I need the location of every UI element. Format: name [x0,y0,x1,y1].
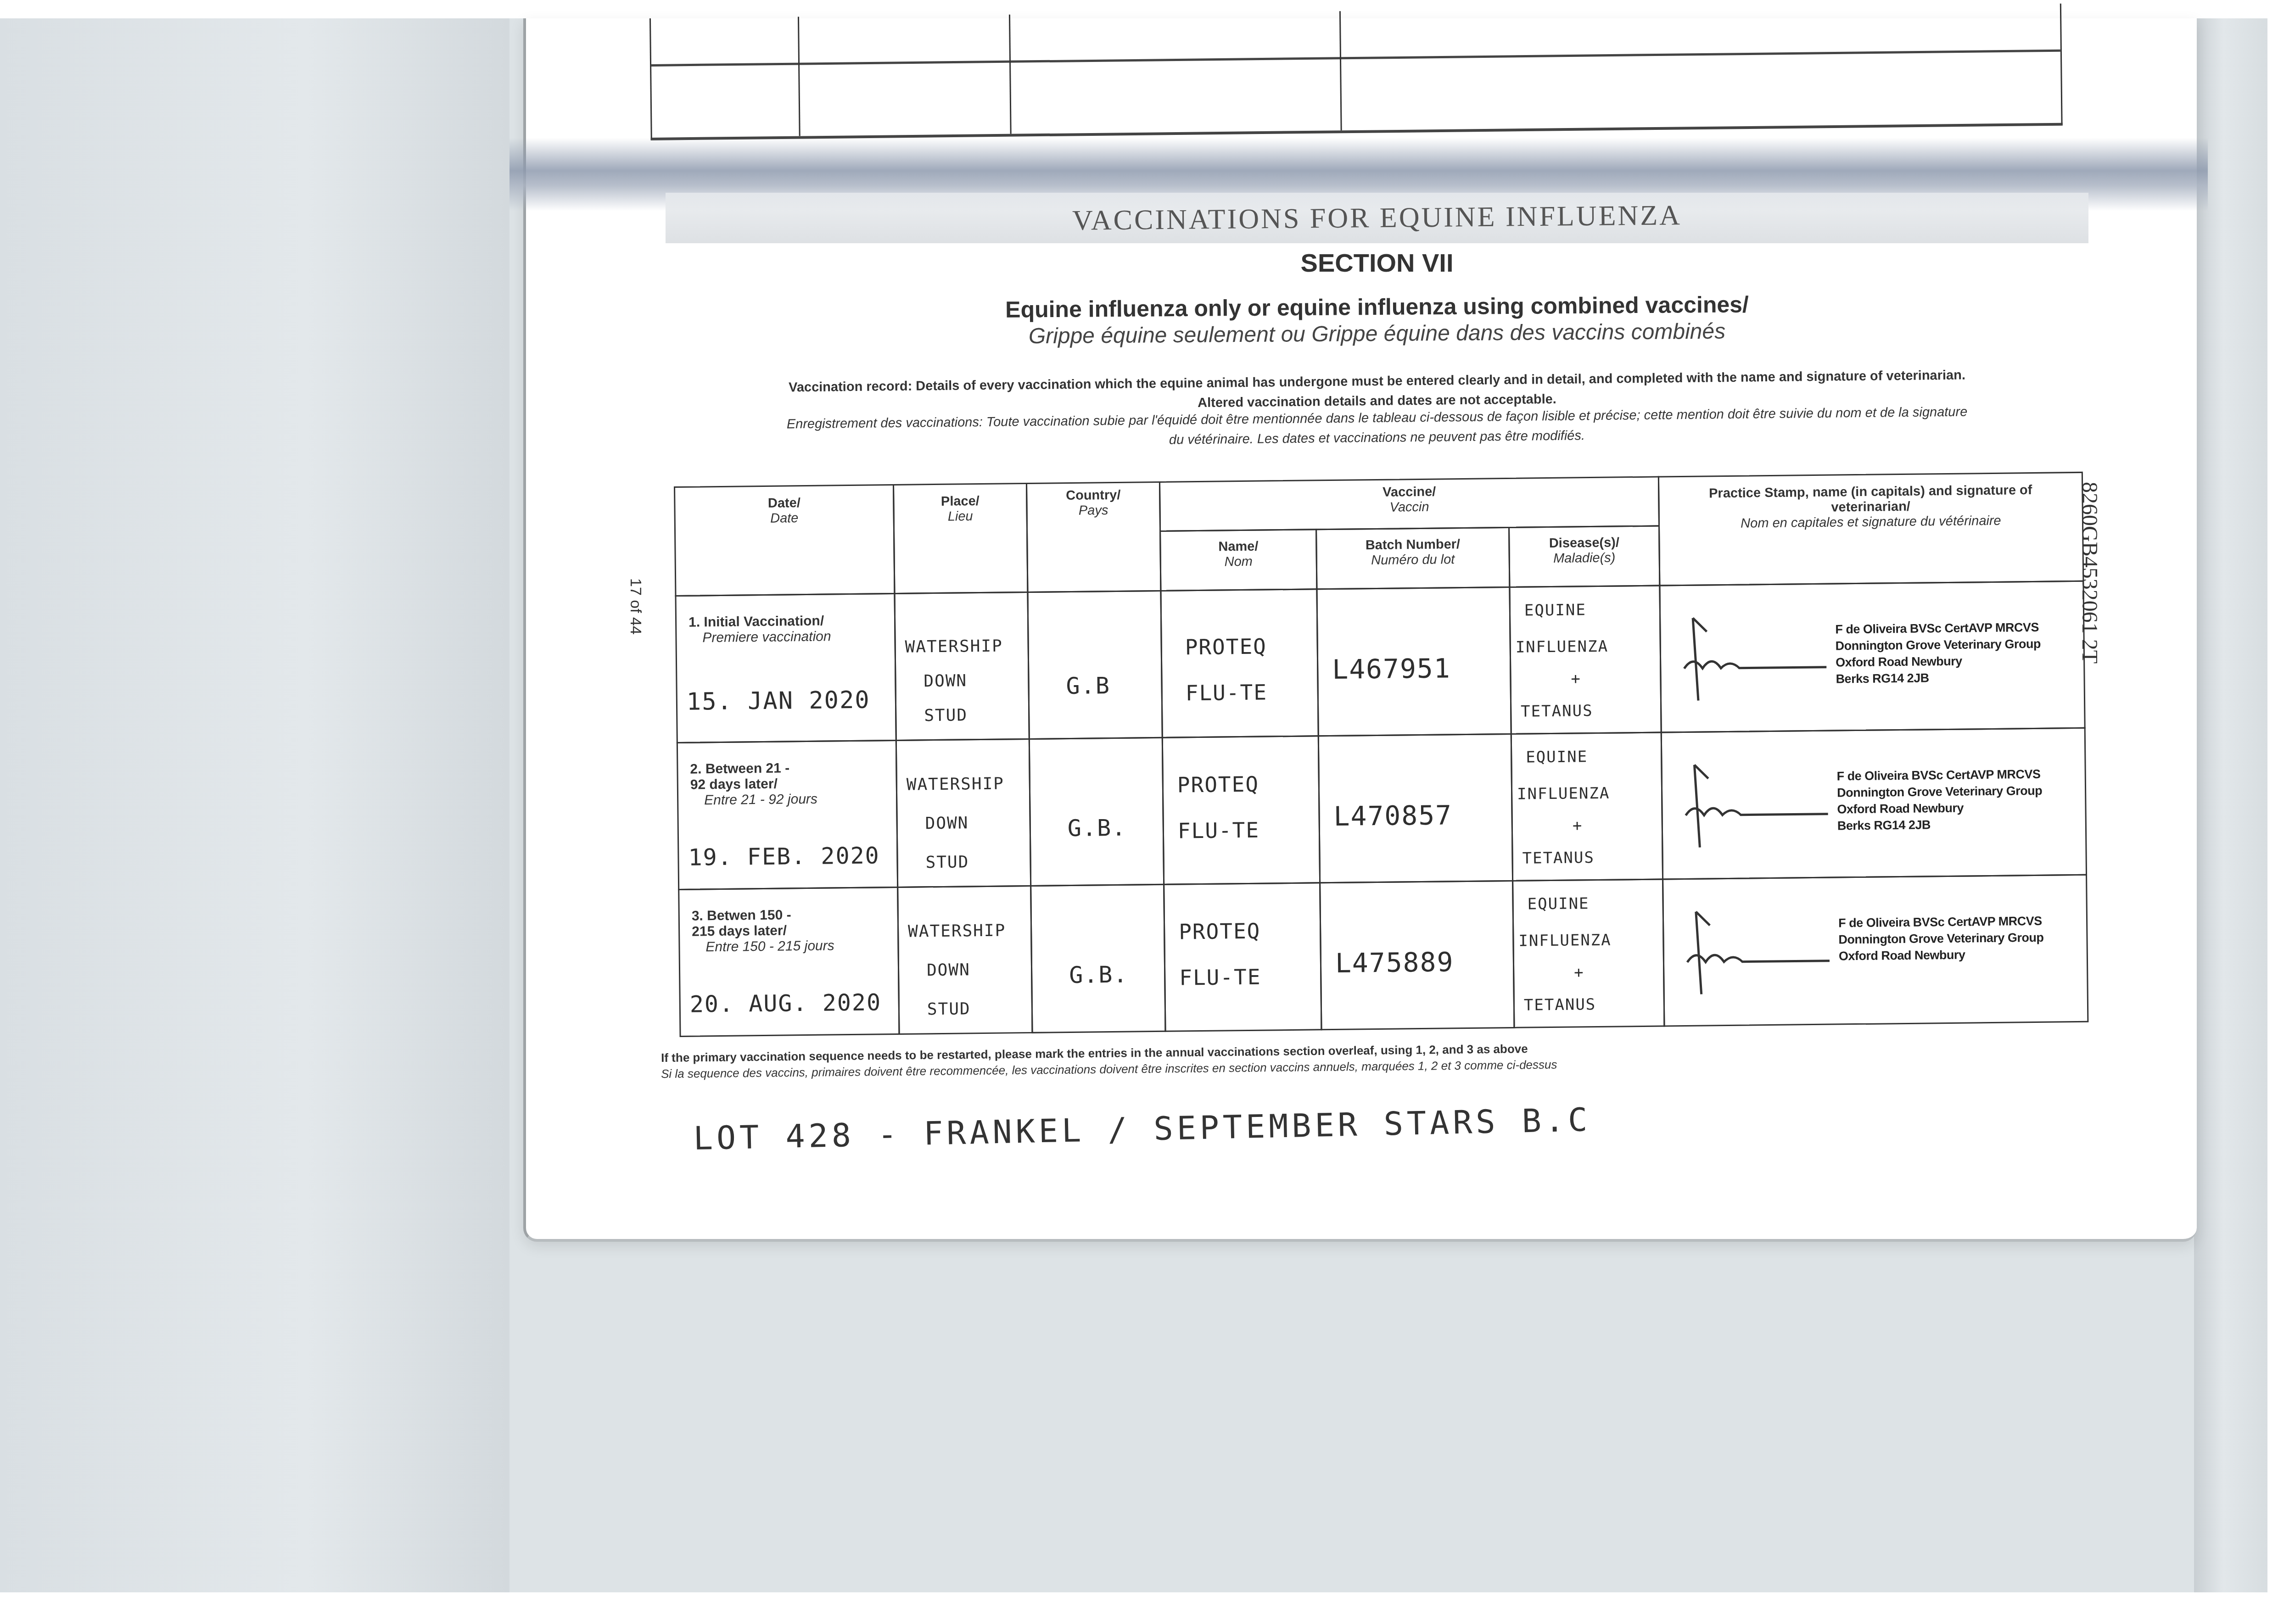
row-1-vaccine-name: PROTEQ FLU-TE [1160,588,1319,738]
header-date: Date/Date [674,484,895,597]
row-3-practice-stamp: F de Oliveira BVSc CertAVP MRCVS Donning… [1662,874,2088,1027]
header-country: Country/Pays [1026,481,1161,593]
row-2-date: 2. Between 21 - 92 days later/Entre 21 -… [677,740,898,890]
header-disease: Disease(s)/Maladie(s) [1508,525,1660,588]
signature-icon [1679,612,1827,705]
row-1-place: WATERSHIP DOWN STUD [894,592,1030,741]
row-3-batch-number: L475889 [1319,880,1515,1030]
header-batch-number: Batch Number/Numéro du lot [1315,527,1510,590]
row-2-batch-number: L470857 [1318,733,1513,883]
signature-icon [1680,759,1828,852]
row-3-vaccine-name: PROTEQ FLU-TE [1163,882,1322,1032]
row-1-disease: EQUINE INFLUENZA + TETANUS [1509,585,1662,735]
header-vaccine-name: Name/Nom [1159,529,1317,592]
row-3-country: G.B. [1030,884,1166,1033]
header-place: Place/Lieu [893,483,1028,594]
header-vaccine: Vaccine/Vaccin [1159,476,1660,532]
header-practice-stamp: Practice Stamp, name (in capitals) and s… [1658,472,2084,586]
row-1-country: G.B [1027,590,1163,740]
row-3-place: WATERSHIP DOWN STUD [897,885,1033,1035]
row-3-disease: EQUINE INFLUENZA + TETANUS [1512,878,1665,1028]
section-title: SECTION VII [643,248,2111,278]
row-1-practice-stamp: F de Oliveira BVSc CertAVP MRCVS Donning… [1659,580,2085,733]
vaccination-table: Date/Date Place/Lieu Country/Pays Vaccin… [674,472,2088,1028]
row-2-disease: EQUINE INFLUENZA + TETANUS [1511,731,1663,881]
scanner-background-right [2194,18,2267,1592]
previous-page-table-fragment [649,4,2063,140]
signature-icon [1682,906,1830,999]
row-2-place: WATERSHIP DOWN STUD [896,738,1031,888]
row-1-date: 1. Initial Vaccination/Premiere vaccinat… [675,593,896,743]
scanner-background-left [0,18,509,1592]
row-1-batch-number: L467951 [1316,586,1511,737]
row-2-vaccine-name: PROTEQ FLU-TE [1162,735,1321,885]
row-3-date: 3. Betwen 150 - 215 days later/Entre 150… [678,887,900,1037]
row-2-practice-stamp: F de Oliveira BVSc CertAVP MRCVS Donning… [1661,727,2087,880]
row-2-country: G.B. [1029,737,1164,887]
page-number: 17 of 44 [627,578,644,635]
